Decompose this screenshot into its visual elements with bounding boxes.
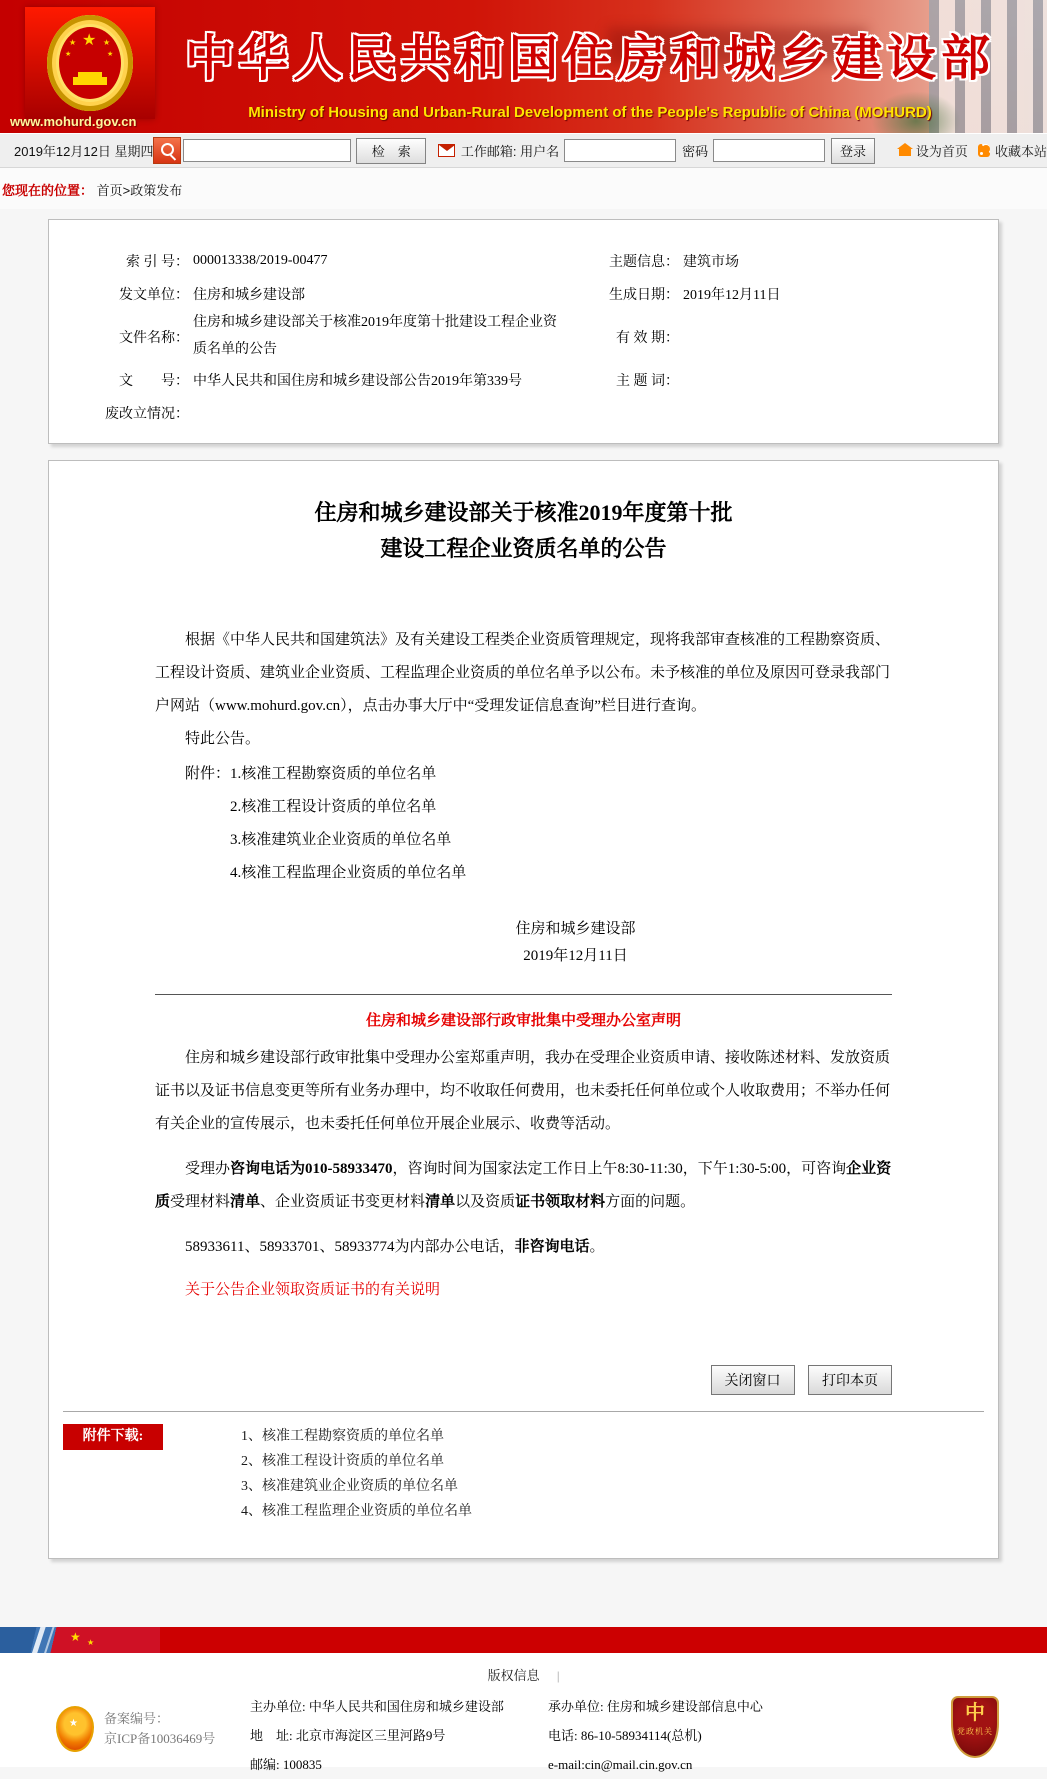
magnifier-icon [161, 143, 174, 156]
site-banner: ★ ★ ★ ★ ★ www.mohurd.gov.cn 中华人民共和国住房和城乡… [0, 0, 1047, 133]
info-row-index: 索 引 号： 000013338/2019-00477 主题信息： 建筑市场 [49, 244, 998, 277]
attachments-label: 附件： [185, 758, 230, 890]
download-label: 附件下载: [63, 1424, 163, 1450]
validity-label: 有 效 期： [561, 327, 679, 347]
issuer-value: 住房和城乡建设部 [189, 284, 561, 304]
emblem-ring: ★ ★ ★ ★ ★ [47, 15, 133, 111]
search-icon[interactable] [153, 137, 181, 164]
certificate-note-link[interactable]: 关于公告企业领取资质证书的有关说明 [185, 1274, 440, 1307]
host-value: 中华人民共和国住房和城乡建设部 [309, 1699, 504, 1714]
article-paragraph-1: 根据《中华人民共和国建筑法》及有关建设工程类企业资质管理规定，现将我部审查核准的… [155, 624, 892, 723]
organizer-row: 承办单位: 住房和城乡建设部信息中心 [548, 1692, 763, 1721]
info-row-issuer: 发文单位： 住房和城乡建设部 生成日期： 2019年12月11日 [49, 277, 998, 310]
home-icon [899, 149, 911, 156]
flag-decoration: ★ ★ [0, 1627, 160, 1653]
site-subtitle-en: Ministry of Housing and Urban-Rural Deve… [165, 104, 1015, 121]
host-row: 主办单位: 中华人民共和国住房和城乡建设部 [250, 1692, 504, 1721]
keywords-label: 主 题 词： [561, 370, 679, 390]
index-value: 000013338/2019-00477 [189, 253, 561, 269]
phone-row: 电话: 86-10-58934114(总机) [548, 1721, 763, 1750]
download-item[interactable]: 4、核准工程监理企业资质的单位名单 [241, 1499, 472, 1524]
mailbox-username-label: 工作邮箱: 用户名 [461, 141, 559, 160]
bookmark-feed-icon [978, 144, 990, 157]
address-value: 北京市海淀区三里河路9号 [296, 1728, 446, 1743]
gen-date-value: 2019年12月11日 [679, 284, 998, 304]
banner-text: 中华人民共和国住房和城乡建设部 Ministry of Housing and … [165, 0, 1015, 121]
icp-text: 备案编号： 京ICP备10036469号 [104, 1709, 215, 1748]
breadcrumb: 您现在的位置： 首页>政策发布 [0, 168, 1047, 209]
filename-label: 文件名称： [49, 327, 189, 347]
info-row-docnum: 文 号： 中华人民共和国住房和城乡建设部公告2019年第339号 主 题 词： [49, 363, 998, 396]
index-label: 索 引 号： [49, 251, 189, 271]
toolbar: 2019年12月12日 星期四 检 索 工作邮箱: 用户名 密码 登录 设为首页… [0, 133, 1047, 168]
mail-icon [438, 144, 455, 157]
icp-block: 备案编号： 京ICP备10036469号 [56, 1706, 215, 1752]
document-info-box: 索 引 号： 000013338/2019-00477 主题信息： 建筑市场 发… [48, 219, 999, 444]
article-box: 住房和城乡建设部关于核准2019年度第十批 建设工程企业资质名单的公告 根据《中… [48, 460, 999, 1559]
email-value: cin@mail.cin.gov.cn [585, 1757, 693, 1772]
attachment-item[interactable]: 4.核准工程监理企业资质的单位名单 [230, 857, 466, 890]
notice-divider [155, 994, 892, 995]
download-item[interactable]: 3、核准建筑业企业资质的单位名单 [241, 1474, 472, 1499]
phone-paragraph: 受理办咨询电话为010-58933470，咨询时间为国家法定工作日上午8:30-… [155, 1153, 892, 1219]
search-button[interactable]: 检 索 [356, 138, 426, 164]
filename-value: 住房和城乡建设部关于核准2019年度第十批建设工程企业资质名单的公告 [189, 310, 561, 363]
copyright-separator: | [557, 1668, 560, 1683]
download-item[interactable]: 1、核准工程勘察资质的单位名单 [241, 1424, 472, 1449]
icp-badge-icon [56, 1706, 94, 1752]
username-field[interactable] [564, 139, 676, 162]
footer-column-right: 承办单位: 住房和城乡建设部信息中心 电话: 86-10-58934114(总机… [548, 1692, 763, 1779]
email-row: e-mail:cin@mail.cin.gov.cn [548, 1750, 763, 1779]
signature-date: 2019年12月11日 [259, 943, 892, 970]
article-body: 住房和城乡建设部关于核准2019年度第十批 建设工程企业资质名单的公告 根据《中… [49, 495, 998, 970]
article-title: 住房和城乡建设部关于核准2019年度第十批 建设工程企业资质名单的公告 [155, 495, 892, 568]
notice-title: 住房和城乡建设部行政审批集中受理办公室声明 [155, 1009, 892, 1030]
zip-row: 邮编: 100835 [250, 1750, 504, 1779]
gov-agency-badge: 中 党政机关 [951, 1696, 999, 1758]
current-date: 2019年12月12日 星期四 [14, 141, 153, 160]
gov-badge-text: 党政机关 [953, 1728, 997, 1736]
address-row: 地 址: 北京市海淀区三里河路9号 [250, 1721, 504, 1750]
national-emblem-icon: ★ ★ ★ ★ ★ [25, 7, 155, 119]
signature-org: 住房和城乡建设部 [259, 916, 892, 943]
zip-label: 邮编: [250, 1757, 283, 1772]
icp-number[interactable]: 京ICP备10036469号 [104, 1729, 215, 1749]
organizer-value: 住房和城乡建设部信息中心 [607, 1699, 763, 1714]
gen-date-label: 生成日期： [561, 284, 679, 304]
repeal-label: 废改立情况： [49, 403, 189, 423]
article-title-line1: 住房和城乡建设部关于核准2019年度第十批 [155, 495, 892, 531]
zip-value: 100835 [283, 1757, 322, 1772]
download-list: 1、核准工程勘察资质的单位名单 2、核准工程设计资质的单位名单 3、核准建筑业企… [241, 1424, 472, 1524]
topic-label: 主题信息： [561, 251, 679, 271]
icp-label: 备案编号： [104, 1709, 215, 1729]
print-page-button[interactable]: 打印本页 [808, 1365, 892, 1395]
close-window-button[interactable]: 关闭窗口 [711, 1365, 795, 1395]
phone-label: 电话: [548, 1728, 581, 1743]
gov-badge-glyph: 中 [953, 1698, 997, 1728]
article-title-line2: 建设工程企业资质名单的公告 [155, 531, 892, 567]
notice-section: 住房和城乡建设部行政审批集中受理办公室声明 住房和城乡建设部行政审批集中受理办公… [49, 1009, 998, 1307]
document-buttons: 关闭窗口 打印本页 [49, 1365, 998, 1395]
internal-phone-paragraph: 58933611、58933701、58933774为内部办公电话，非咨询电话。 [155, 1231, 892, 1264]
info-row-repeal: 废改立情况： [49, 396, 998, 429]
password-field[interactable] [713, 139, 825, 162]
topic-value: 建筑市场 [679, 251, 998, 271]
article-attachments: 附件： 1.核准工程勘察资质的单位名单 2.核准工程设计资质的单位名单 3.核准… [155, 758, 892, 890]
site-title: 中华人民共和国住房和城乡建设部 [165, 20, 1015, 90]
docnum-value: 中华人民共和国住房和城乡建设部公告2019年第339号 [189, 370, 561, 390]
attachment-item[interactable]: 1.核准工程勘察资质的单位名单 [230, 758, 466, 791]
footer-flag-bar: ★ ★ [0, 1627, 1047, 1653]
main-area: 您现在的位置： 首页>政策发布 索 引 号： 000013338/2019-00… [0, 168, 1047, 1627]
site-url: www.mohurd.gov.cn [10, 114, 136, 129]
footer-column-left: 主办单位: 中华人民共和国住房和城乡建设部 地 址: 北京市海淀区三里河路9号 … [250, 1692, 504, 1779]
footer-info: 备案编号： 京ICP备10036469号 主办单位: 中华人民共和国住房和城乡建… [0, 1692, 1047, 1772]
organizer-label: 承办单位: [548, 1699, 607, 1714]
article-paragraph-2: 特此公告。 [155, 723, 892, 756]
attachments-list: 1.核准工程勘察资质的单位名单 2.核准工程设计资质的单位名单 3.核准建筑业企… [230, 758, 466, 890]
password-label: 密码 [682, 141, 708, 160]
notice-paragraph: 住房和城乡建设部行政审批集中受理办公室郑重声明，我办在受理企业资质申请、接收陈述… [155, 1042, 892, 1141]
phone-value: 86-10-58934114(总机) [581, 1728, 702, 1743]
download-divider [63, 1411, 984, 1412]
host-label: 主办单位: [250, 1699, 309, 1714]
info-row-filename: 文件名称： 住房和城乡建设部关于核准2019年度第十批建设工程企业资质名单的公告… [49, 310, 998, 363]
set-homepage-link[interactable]: 设为首页 [916, 141, 968, 160]
breadcrumb-prefix: 您现在的位置： [2, 183, 93, 198]
attachment-item[interactable]: 2.核准工程设计资质的单位名单 [230, 791, 466, 824]
breadcrumb-path[interactable]: 首页>政策发布 [97, 183, 183, 198]
attachment-item[interactable]: 3.核准建筑业企业资质的单位名单 [230, 824, 466, 857]
docnum-label: 文 号： [49, 370, 189, 390]
email-label: e-mail: [548, 1757, 585, 1772]
copyright-row: 版权信息 | [0, 1665, 1047, 1684]
emblem-core: ★ ★ ★ ★ ★ [59, 27, 121, 99]
download-item[interactable]: 2、核准工程设计资质的单位名单 [241, 1449, 472, 1474]
bookmark-site-link[interactable]: 收藏本站 [995, 141, 1047, 160]
page-footer: 版权信息 | 备案编号： 京ICP备10036469号 主办单位: 中华人民共和… [0, 1653, 1047, 1767]
copyright-link[interactable]: 版权信息 [488, 1668, 540, 1683]
signature-block: 住房和城乡建设部 2019年12月11日 [155, 916, 892, 970]
issuer-label: 发文单位： [49, 284, 189, 304]
attachment-download-section: 附件下载: 1、核准工程勘察资质的单位名单 2、核准工程设计资质的单位名单 3、… [49, 1424, 998, 1524]
login-button[interactable]: 登录 [831, 138, 875, 164]
address-label: 地 址: [250, 1728, 296, 1743]
search-input[interactable] [183, 139, 351, 162]
